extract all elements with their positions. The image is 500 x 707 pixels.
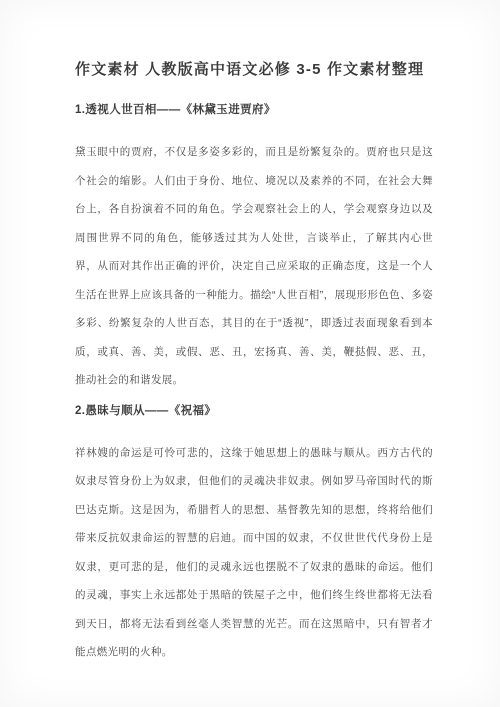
section-2-body: 祥林嫂的命运是可怜可悲的，这缘于她思想上的愚昧与顺从。西方古代的奴隶尽管身份上为…: [75, 439, 433, 667]
section-1: 1.透视人世百相——《林黛玉进贾府》 黛玉眼中的贾府，不仅是多姿多彩的，而且是纷…: [75, 103, 433, 395]
document-page: 作文素材 人教版高中语文必修 3-5 作文素材整理 1.透视人世百相——《林黛玉…: [0, 0, 500, 707]
section-1-body: 黛玉眼中的贾府，不仅是多姿多彩的，而且是纷繁复杂的。贾府也只是这个社会的缩影。人…: [75, 138, 433, 395]
section-2: 2.愚昧与顺从——《祝福》 祥林嫂的命运是可怜可悲的，这缘于她思想上的愚昧与顺从…: [75, 404, 433, 667]
document-title: 作文素材 人教版高中语文必修 3-5 作文素材整理: [75, 59, 433, 81]
section-1-heading: 1.透视人世百相——《林黛玉进贾府》: [75, 103, 433, 118]
section-2-heading: 2.愚昧与顺从——《祝福》: [75, 404, 433, 419]
